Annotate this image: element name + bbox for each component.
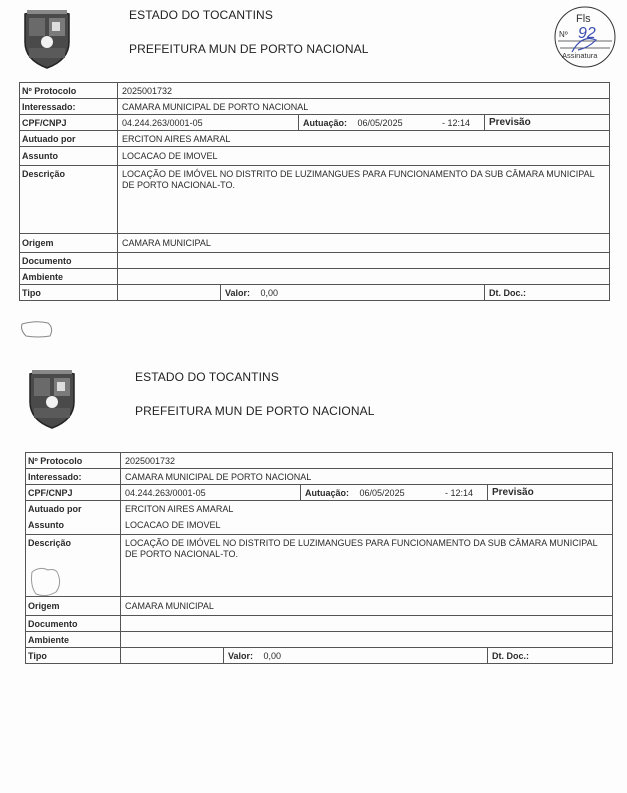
- label-cpf-cnpj: CPF/CNPJ: [20, 115, 118, 131]
- label-ambiente: Ambiente: [26, 632, 121, 648]
- label-valor: Valor:: [228, 651, 253, 661]
- label-assunto: Assunto: [20, 147, 118, 166]
- state-name: ESTADO DO TOCANTINS: [129, 8, 273, 22]
- value-autuacao-date: 06/05/2025: [358, 118, 403, 128]
- label-tipo: Tipo: [26, 648, 121, 664]
- prefecture-name: PREFEITURA MUN DE PORTO NACIONAL: [129, 42, 368, 56]
- value-tipo: [121, 648, 224, 664]
- value-autuacao-time: - 12:14: [445, 488, 473, 498]
- row-ambiente: Ambiente: [20, 269, 610, 285]
- row-tipo: Tipo Valor: 0,00 Dt. Doc.:: [26, 648, 613, 664]
- label-previsao: Previsão: [485, 115, 610, 131]
- state-name: ESTADO DO TOCANTINS: [135, 370, 279, 384]
- row-interessado: Interessado: CAMARA MUNICIPAL DE PORTO N…: [26, 469, 613, 485]
- row-autuado-por: Autuado por ERCITON AIRES AMARAL: [26, 501, 613, 517]
- value-descricao: LOCAÇÃO DE IMÓVEL NO DISTRITO DE LUZIMAN…: [118, 166, 610, 234]
- label-ambiente: Ambiente: [20, 269, 118, 285]
- label-documento: Documento: [20, 253, 118, 269]
- label-autuado-por: Autuado por: [20, 131, 118, 147]
- label-dt-doc: Dt. Doc.:: [485, 285, 610, 301]
- label-autuado-por: Autuado por: [26, 501, 121, 517]
- protocol-table: Nº Protocolo 2025001732 Interessado: CAM…: [25, 452, 613, 664]
- value-autuado-por: ERCITON AIRES AMARAL: [118, 131, 610, 147]
- label-interessado: Interessado:: [20, 99, 118, 115]
- value-assunto: LOCACAO DE IMOVEL: [118, 147, 610, 166]
- page-number-stamp: Fls Nº 92 Assinatura: [552, 4, 618, 70]
- row-assunto: Assunto LOCACAO DE IMOVEL: [26, 516, 613, 535]
- svg-text:Assinatura: Assinatura: [562, 51, 598, 60]
- autuacao-cell: Autuação: 06/05/2025 - 12:14: [299, 115, 485, 131]
- label-autuacao: Autuação:: [305, 488, 349, 498]
- row-cpf-cnpj: CPF/CNPJ 04.244.263/0001-05 Autuação: 06…: [26, 485, 613, 501]
- row-origem: Origem CAMARA MUNICIPAL: [26, 597, 613, 616]
- value-tipo: [118, 285, 221, 301]
- value-autuacao-time: - 12:14: [442, 118, 470, 128]
- value-protocolo: 2025001732: [118, 83, 610, 99]
- label-assunto: Assunto: [26, 516, 121, 535]
- row-protocolo: Nº Protocolo 2025001732: [26, 453, 613, 469]
- svg-text:Fls: Fls: [576, 13, 591, 25]
- row-assunto: Assunto LOCACAO DE IMOVEL: [20, 147, 610, 166]
- value-origem: CAMARA MUNICIPAL: [121, 597, 613, 616]
- row-protocolo: Nº Protocolo 2025001732: [20, 83, 610, 99]
- pen-scribble-icon: [26, 564, 66, 600]
- row-documento: Documento: [26, 616, 613, 632]
- value-documento: [118, 253, 610, 269]
- row-documento: Documento: [20, 253, 610, 269]
- label-documento: Documento: [26, 616, 121, 632]
- label-cpf-cnpj: CPF/CNPJ: [26, 485, 121, 501]
- svg-text:Nº: Nº: [559, 30, 568, 39]
- row-descricao: Descrição LOCAÇÃO DE IMÓVEL NO DISTRITO …: [26, 535, 613, 597]
- label-origem: Origem: [20, 234, 118, 253]
- label-protocolo: Nº Protocolo: [20, 83, 118, 99]
- value-cpf-cnpj: 04.244.263/0001-05: [121, 485, 301, 501]
- value-descricao: LOCAÇÃO DE IMÓVEL NO DISTRITO DE LUZIMAN…: [121, 535, 613, 597]
- label-protocolo: Nº Protocolo: [26, 453, 121, 469]
- municipal-crest-icon: [21, 8, 73, 70]
- value-valor: 0,00: [261, 288, 279, 298]
- label-autuacao: Autuação:: [303, 118, 347, 128]
- label-descricao: Descrição: [20, 166, 118, 234]
- row-ambiente: Ambiente: [26, 632, 613, 648]
- value-interessado: CAMARA MUNICIPAL DE PORTO NACIONAL: [118, 99, 610, 115]
- value-interessado: CAMARA MUNICIPAL DE PORTO NACIONAL: [121, 469, 613, 485]
- value-ambiente: [118, 269, 610, 285]
- row-origem: Origem CAMARA MUNICIPAL: [20, 234, 610, 253]
- protocol-sheet-bottom: ESTADO DO TOCANTINS PREFEITURA MUN DE PO…: [0, 362, 627, 702]
- value-cpf-cnpj: 04.244.263/0001-05: [118, 115, 299, 131]
- row-autuado-por: Autuado por ERCITON AIRES AMARAL: [20, 131, 610, 147]
- value-origem: CAMARA MUNICIPAL: [118, 234, 610, 253]
- row-descricao: Descrição LOCAÇÃO DE IMÓVEL NO DISTRITO …: [20, 166, 610, 234]
- prefecture-name: PREFEITURA MUN DE PORTO NACIONAL: [135, 404, 374, 418]
- municipal-crest-icon: [26, 368, 78, 430]
- value-protocolo: 2025001732: [121, 453, 613, 469]
- label-interessado: Interessado:: [26, 469, 121, 485]
- valor-cell: Valor: 0,00: [221, 285, 485, 301]
- value-ambiente: [121, 632, 613, 648]
- label-tipo: Tipo: [20, 285, 118, 301]
- label-dt-doc: Dt. Doc.:: [488, 648, 613, 664]
- row-cpf-cnpj: CPF/CNPJ 04.244.263/0001-05 Autuação: 06…: [20, 115, 610, 131]
- protocol-table: Nº Protocolo 2025001732 Interessado: CAM…: [19, 82, 610, 301]
- pen-scribble-icon: [18, 318, 58, 340]
- row-tipo: Tipo Valor: 0,00 Dt. Doc.:: [20, 285, 610, 301]
- label-valor: Valor:: [225, 288, 250, 298]
- label-previsao: Previsão: [488, 485, 613, 501]
- value-valor: 0,00: [264, 651, 282, 661]
- value-autuado-por: ERCITON AIRES AMARAL: [121, 501, 613, 517]
- row-interessado: Interessado: CAMARA MUNICIPAL DE PORTO N…: [20, 99, 610, 115]
- autuacao-cell: Autuação: 06/05/2025 - 12:14: [301, 485, 488, 501]
- valor-cell: Valor: 0,00: [224, 648, 488, 664]
- protocol-sheet-top: ESTADO DO TOCANTINS PREFEITURA MUN DE PO…: [0, 0, 627, 320]
- value-assunto: LOCACAO DE IMOVEL: [121, 516, 613, 535]
- value-autuacao-date: 06/05/2025: [360, 488, 405, 498]
- value-documento: [121, 616, 613, 632]
